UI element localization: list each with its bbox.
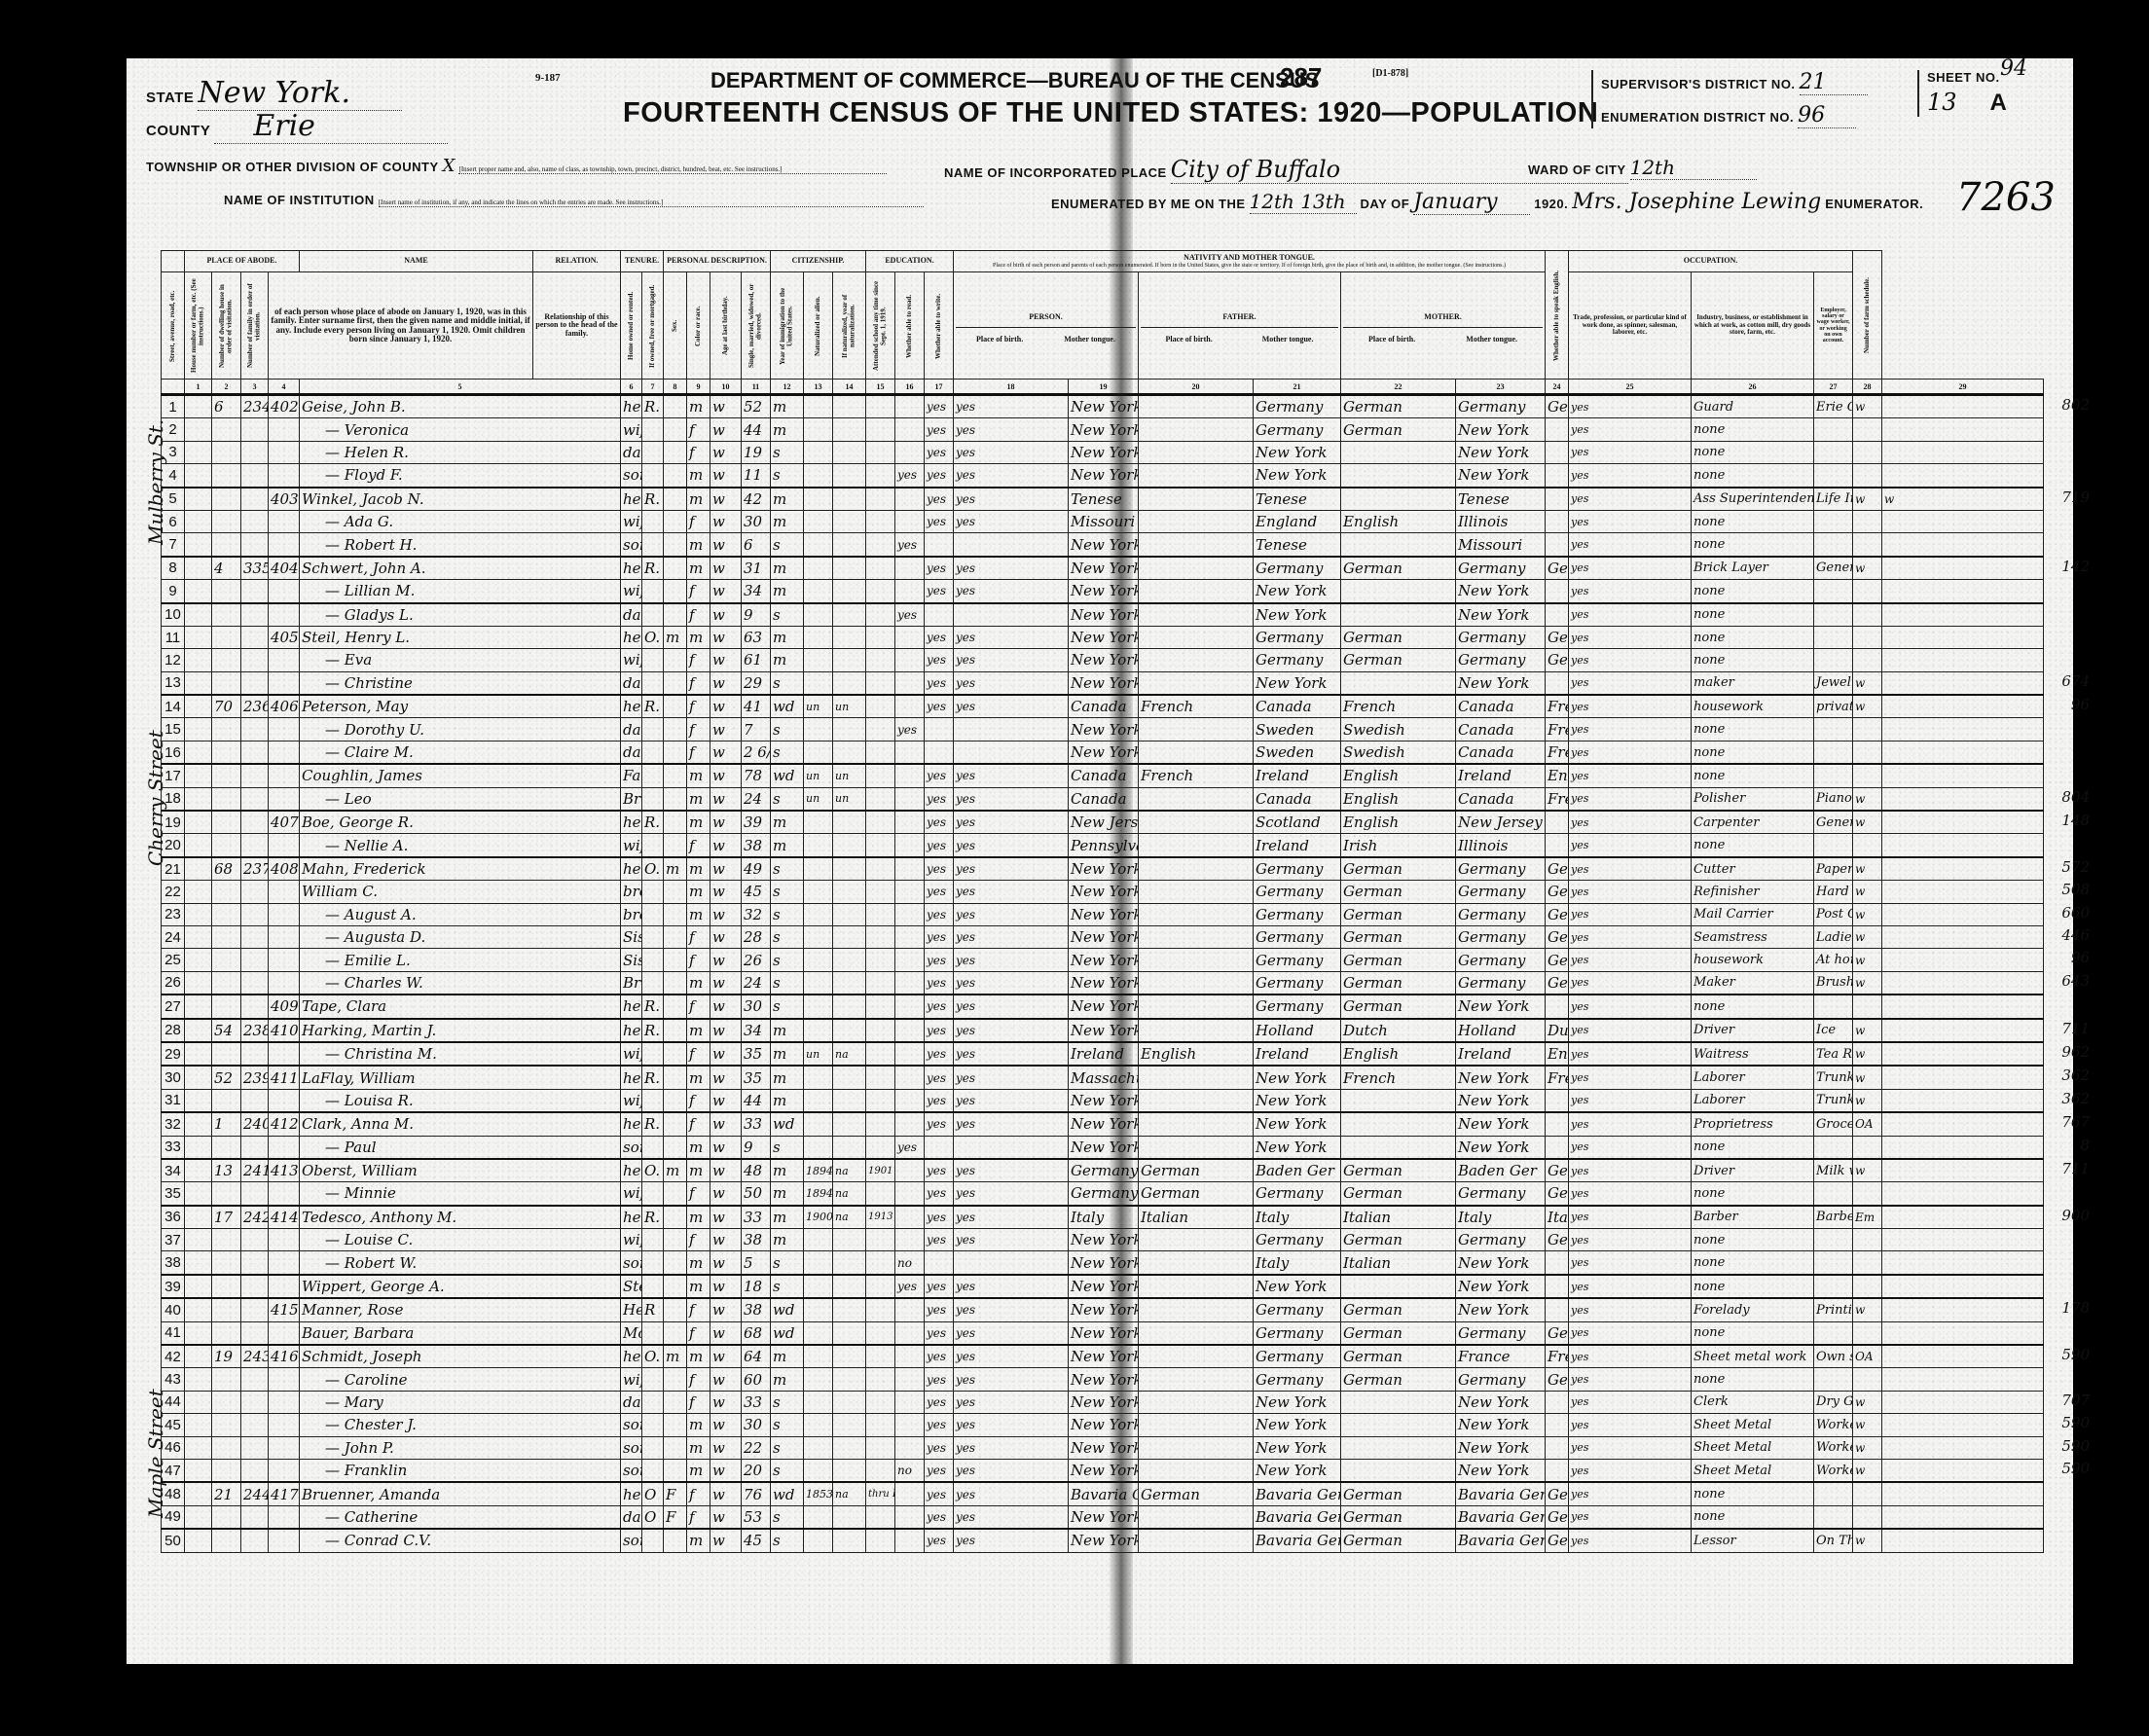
mortgage [664,649,687,671]
father-birthplace: New York [1254,1459,1341,1482]
mother-tongue [1139,1391,1254,1413]
immigration-year [804,671,833,695]
home-owned [642,1182,664,1206]
relation: brother [621,881,642,903]
farm-schedule [1882,1182,2044,1206]
mother-mother-tongue: German [1546,626,1569,648]
mortgage [664,441,687,463]
sex: f [687,1321,710,1345]
can-read: yes [925,881,954,903]
immigration-year [804,1066,833,1089]
age: 39 [742,811,771,834]
father-birthplace: New York [1254,671,1341,695]
street-cell [185,857,212,881]
can-read: yes [925,995,954,1018]
speaks-english: yes [1569,1529,1692,1552]
birthplace: New York [1069,903,1139,925]
farm-schedule [1882,626,2044,648]
father-tongue: German [1341,1229,1456,1251]
industry: Milk wagon [1814,1159,1853,1182]
can-read: yes [925,857,954,881]
street-cell [185,603,212,627]
trade: none [1692,533,1814,557]
can-write: yes [954,903,1069,925]
mother-birthplace: New York [1456,464,1546,488]
marital-status: s [771,741,804,764]
birthplace: New York [1069,741,1139,764]
house-number [212,834,241,857]
mother-birthplace: Germany [1456,1182,1546,1206]
house-number [212,1321,241,1345]
farm-schedule: 8 [1882,1136,2044,1159]
can-read: yes [925,1159,954,1182]
immigration-year [804,811,833,834]
mother-tongue [1139,395,1254,418]
sex: m [687,464,710,488]
mother-birthplace: Missouri [1456,533,1546,557]
house-number [212,649,241,671]
sex: m [687,1019,710,1042]
employer-class [1853,1368,1882,1391]
line-number: 49 [162,1505,185,1529]
home-owned [642,881,664,903]
employer-class: Em [1853,1206,1882,1229]
attended-school [895,764,925,787]
table-row: 37 — Louise C. wife f w 38 m yes yes New… [162,1229,2044,1251]
mother-birthplace: Canada [1456,695,1546,718]
relation: head [621,1066,642,1089]
mortgage: F [664,1505,687,1529]
race: w [710,1275,742,1298]
line-number: 1 [162,395,185,418]
mother-mother-tongue [1546,464,1569,488]
mother-birthplace: Tenese [1456,488,1546,511]
house-number [212,1042,241,1066]
line-number: 19 [162,811,185,834]
township-value: X [443,156,455,176]
line-number: 3 [162,441,185,463]
father-birthplace: Germany [1254,857,1341,881]
can-write: yes [954,1206,1069,1229]
naturalized [833,857,866,881]
race: w [710,1066,742,1089]
table-row: 44 — Mary daughter f w 33 s yes yes New … [162,1391,2044,1413]
street-cell [185,764,212,787]
father-birthplace: Scotland [1254,811,1341,834]
speaks-english: yes [1569,1042,1692,1066]
father-birthplace: Germany [1254,626,1341,648]
mother-tongue [1139,510,1254,532]
relation: Sister [621,949,642,971]
house-number [212,925,241,948]
father-tongue [1341,603,1456,627]
father-birthplace: Tenese [1254,488,1341,511]
col10-header: Color or race. [687,272,710,380]
house-number [212,626,241,648]
dwelling-number [241,649,269,671]
trade: Driver [1692,1019,1814,1042]
immigration-year: un [804,764,833,787]
employer-class: w [1853,787,1882,811]
family-number [269,1414,300,1436]
speaks-english: yes [1569,857,1692,881]
immigration-year [804,603,833,627]
age: 26 [742,949,771,971]
immigration-year [804,1391,833,1413]
naturalization-year [866,441,895,463]
attended-school: no [895,1459,925,1482]
census-table: PLACE OF ABODE. NAME RELATION. TENURE. P… [161,250,2044,1553]
person-name: Clark, Anna M. [300,1112,621,1136]
street-cell [185,834,212,857]
house-number [212,1251,241,1275]
father-tongue [1341,464,1456,488]
birthplace: New York [1069,718,1139,741]
mortgage [664,464,687,488]
naturalized [833,1529,866,1552]
person-name: LaFlay, William [300,1066,621,1089]
person-name: — Conrad C.V. [300,1529,621,1552]
mother-mother-tongue: English [1546,764,1569,787]
immigration-year [804,1321,833,1345]
trade: Ass Superintendent [1692,488,1814,511]
immigration-year [804,949,833,971]
naturalized [833,1414,866,1436]
father-tongue: German [1341,1482,1456,1505]
mother-tongue [1139,1251,1254,1275]
family-number: 404 [269,557,300,580]
immigration-year [804,464,833,488]
form-code: [D1-878] [1372,68,1408,79]
family-number [269,1275,300,1298]
dwelling-number: 240 [241,1112,269,1136]
can-read: yes [925,626,954,648]
person-name: Peterson, May [300,695,621,718]
dwelling-number [241,580,269,603]
can-write: yes [954,1368,1069,1391]
house-number [212,1368,241,1391]
mother-birthplace: New York [1456,418,1546,441]
birthplace: Pennsylvania [1069,834,1139,857]
house-number: 19 [212,1345,241,1368]
person-name: — Robert H. [300,533,621,557]
attended-school [895,1436,925,1459]
line-number: 50 [162,1529,185,1552]
day-of-label: DAY OF [1361,197,1410,211]
family-number [269,925,300,948]
farm-schedule: 362 [1882,1089,2044,1112]
mother-birthplace: Baden Ger [1456,1159,1546,1182]
employer-class: w [1853,925,1882,948]
industry [1814,834,1853,857]
birthplace: New York [1069,949,1139,971]
naturalized [833,1436,866,1459]
mother-tongue [1139,834,1254,857]
mother-mother-tongue [1546,995,1569,1018]
naturalization-year [866,1436,895,1459]
race: w [710,1159,742,1182]
marital-status: s [771,903,804,925]
col27-header: Industry, business, or establishment in … [1692,272,1814,380]
speaks-english: yes [1569,1275,1692,1298]
trade: none [1692,741,1814,764]
house-number [212,1529,241,1552]
enumerated-field: ENUMERATED BY ME ON THE 12th 13th DAY OF… [1051,190,1923,215]
can-write: yes [954,1482,1069,1505]
table-row: 11 405 Steil, Henry L. head O. m m w 63 … [162,626,2044,648]
relation: Father [621,764,642,787]
mother-tongue [1139,881,1254,903]
mortgage [664,603,687,627]
relation: head [621,811,642,834]
home-owned [642,1275,664,1298]
can-read: yes [925,395,954,418]
family-number [269,787,300,811]
dwelling-number: 234 [241,395,269,418]
mother-tongue [1139,1414,1254,1436]
father-tongue: German [1341,903,1456,925]
line-number: 46 [162,1436,185,1459]
person-name: Manner, Rose [300,1298,621,1321]
street-cell [185,949,212,971]
marital-status: s [771,464,804,488]
table-row: 18 — Leo Brother m w 24 s un un yes yes … [162,787,2044,811]
line-number: 14 [162,695,185,718]
relation: daughter [621,718,642,741]
enumeration-label: ENUMERATION DISTRICT NO. [1601,110,1794,125]
industry: Grocery [1814,1112,1853,1136]
naturalized [833,1345,866,1368]
table-row: 16 — Claire M. daughter f w 2 6/12 s New… [162,741,2044,764]
sex: m [687,1459,710,1482]
dwelling-number: 241 [241,1159,269,1182]
mortgage [664,1414,687,1436]
birthplace: Canada [1069,695,1139,718]
race: w [710,1112,742,1136]
sex: m [687,764,710,787]
mother-birthplace: New York [1456,1251,1546,1275]
home-owned [642,1459,664,1482]
sex: m [687,1529,710,1552]
mother-mother-tongue: German [1546,903,1569,925]
can-write: yes [954,441,1069,463]
farm-schedule: 707 [1882,1391,2044,1413]
mother-mother-tongue: German [1546,949,1569,971]
can-read: yes [925,580,954,603]
industry [1814,626,1853,648]
line-number: 18 [162,787,185,811]
institution-note: [Insert name of institution, if any, and… [379,199,924,207]
mother-birthplace: Germany [1456,903,1546,925]
naturalization-year [866,1414,895,1436]
birthplace: Germany [1069,1182,1139,1206]
line-number: 41 [162,1321,185,1345]
marital-status: s [771,1391,804,1413]
can-write [954,718,1069,741]
naturalization-year [866,1459,895,1482]
race: w [710,1414,742,1436]
industry: Trunks [1814,1089,1853,1112]
home-owned: R. [642,488,664,511]
speaks-english: yes [1569,741,1692,764]
mother-birthplace: Germany [1456,557,1546,580]
father-birthplace: Germany [1254,395,1341,418]
mother-birthplace: New York [1456,671,1546,695]
birthplace: New York [1069,603,1139,627]
father-birthplace: New York [1254,1414,1341,1436]
father-birthplace: New York [1254,1136,1341,1159]
mother-birthplace: Bavaria Ger [1456,1505,1546,1529]
speaks-english: yes [1569,441,1692,463]
family-number: 409 [269,995,300,1018]
house-number: 21 [212,1482,241,1505]
mother-mother-tongue: German [1546,1321,1569,1345]
family-number [269,718,300,741]
immigration-year [804,510,833,532]
dwelling-number [241,464,269,488]
birthplace: New York [1069,995,1139,1018]
home-owned [642,971,664,995]
farm-schedule: 962 [1882,1042,2044,1066]
farm-schedule: 446 [1882,925,2044,948]
immigration-year [804,1229,833,1251]
dwelling-number [241,903,269,925]
age: 19 [742,441,771,463]
employer-class: w [1853,695,1882,718]
dwelling-number [241,1529,269,1552]
birthplace: New York [1069,857,1139,881]
father-tongue: English [1341,1042,1456,1066]
employer-class: w [1853,1066,1882,1089]
mother-birthplace: Bavaria Ger [1456,1482,1546,1505]
father-birthplace: New York [1254,580,1341,603]
home-owned [642,718,664,741]
street-cell [185,1391,212,1413]
birthplace: New York [1069,1275,1139,1298]
sex: m [687,1159,710,1182]
can-write: yes [954,1459,1069,1482]
margin-code: 362 [2061,1067,2090,1084]
person-name: — Helen R. [300,441,621,463]
relation: wife [621,580,642,603]
employer-class [1853,603,1882,627]
mother-tongue [1139,1368,1254,1391]
relation: head [621,626,642,648]
margin-code: 674 [2061,672,2090,690]
mother-tongue: German [1139,1182,1254,1206]
house-number [212,1089,241,1112]
farm-schedule [1882,580,2044,603]
tenure-header: TENURE. [621,251,664,272]
person-name: Harking, Martin J. [300,1019,621,1042]
naturalization-year [866,1321,895,1345]
employer-class [1853,1505,1882,1529]
home-owned: O [642,1482,664,1505]
mortgage [664,903,687,925]
marital-status: wd [771,695,804,718]
race: w [710,464,742,488]
sex: m [687,1275,710,1298]
immigration-year [804,1529,833,1552]
naturalized: un [833,764,866,787]
person-name: Oberst, William [300,1159,621,1182]
farm-schedule: 674 [1882,671,2044,695]
naturalization-year [866,741,895,764]
marital-status: m [771,1159,804,1182]
line-number: 44 [162,1391,185,1413]
speaks-english: yes [1569,925,1692,948]
farm-schedule: 660 [1882,903,2044,925]
line-number: 33 [162,1136,185,1159]
marital-status: s [771,1505,804,1529]
mother-tongue [1139,925,1254,948]
industry [1814,418,1853,441]
mother-birthplace: Germany [1456,949,1546,971]
table-row: 34 13 241 413 Oberst, William head O. m … [162,1159,2044,1182]
can-read [925,1136,954,1159]
age: 44 [742,418,771,441]
can-read: yes [925,1298,954,1321]
marital-status: s [771,1136,804,1159]
mortgage [664,1182,687,1206]
speaks-english: yes [1569,1182,1692,1206]
father-birthplace: New York [1254,464,1341,488]
mother-birthplace: New Jersey [1456,811,1546,834]
age: 33 [742,1206,771,1229]
mother-mother-tongue: German [1546,971,1569,995]
year-value: 1920. [1534,197,1568,211]
industry [1814,510,1853,532]
race: w [710,834,742,857]
age: 11 [742,464,771,488]
can-write: yes [954,626,1069,648]
table-row: 30 52 239 411 LaFlay, William head R. m … [162,1066,2044,1089]
farm-schedule: w 719 [1882,488,2044,511]
immigration-year [804,1459,833,1482]
farm-schedule [1882,1368,2044,1391]
mother-header: MOTHER. Place of birth.Mother tongue. [1341,272,1546,380]
street-cell [185,1459,212,1482]
person-name: — Floyd F. [300,464,621,488]
naturalized [833,488,866,511]
dwelling-number [241,925,269,948]
margin-code: 142 [2061,558,2090,575]
street-cell [185,671,212,695]
marital-status: m [771,1066,804,1089]
industry [1814,1321,1853,1345]
employer-class: w [1853,395,1882,418]
birthplace: New York [1069,1136,1139,1159]
can-read: yes [925,1229,954,1251]
family-number [269,1251,300,1275]
speaks-english: yes [1569,1159,1692,1182]
race: w [710,1206,742,1229]
attended-school [895,995,925,1018]
attended-school: yes [895,718,925,741]
employer-class [1853,834,1882,857]
person-name: — Lillian M. [300,580,621,603]
house-number [212,1459,241,1482]
industry: Ice [1814,1019,1853,1042]
marital-status: m [771,626,804,648]
mortgage [664,949,687,971]
dwelling-number [241,1229,269,1251]
mother-tongue [1139,1019,1254,1042]
farm-schedule: 590 [1882,1414,2044,1436]
street-cell [185,1529,212,1552]
father-birthplace: New York [1254,1112,1341,1136]
industry [1814,1229,1853,1251]
